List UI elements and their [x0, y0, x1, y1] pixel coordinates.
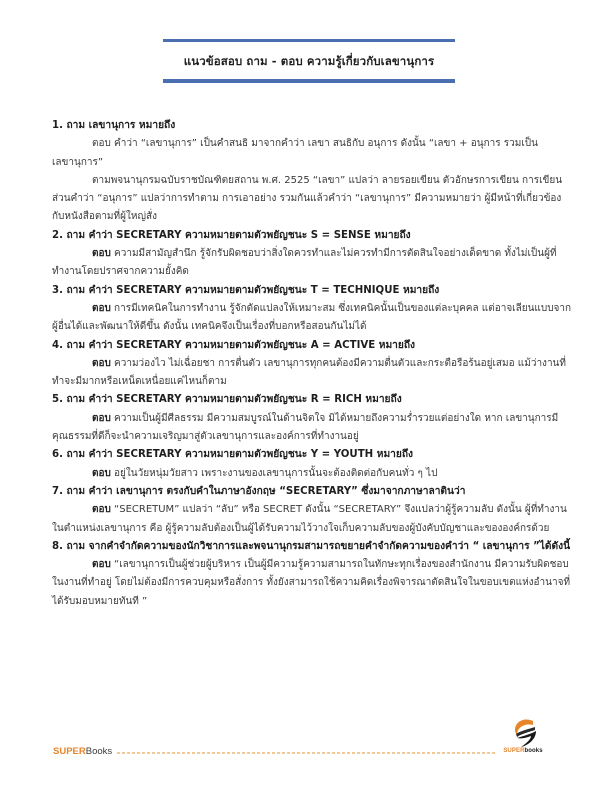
- answer-2: ตอบ ความมีสามัญสำนึก รู้จักรับผิดชอบว่าส…: [52, 245, 572, 282]
- answer-5: ตอบ ความเป็นผู้มีศีลธรรม มีความสมบูรณ์ใน…: [52, 410, 572, 447]
- footer-brand: SUPERBooks: [53, 746, 112, 757]
- logo-wordmark: SUPERbooks: [493, 748, 553, 754]
- title-banner: แนวข้อสอบ ถาม - ตอบ ความรู้เกี่ยวกับเลขา…: [163, 39, 455, 83]
- answer-lead: ตอบ: [92, 559, 111, 570]
- answer-4: ตอบ ความว่องไว ไม่เฉื่อยชา การตื่นตัว เล…: [52, 355, 572, 392]
- question-5: 5. ถาม คำว่า SECRETARY ความหมายตามตัวพยั…: [52, 391, 572, 409]
- superbooks-logo: SUPERbooks: [493, 717, 553, 762]
- question-1: 1. ถาม เลขานุการ หมายถึง: [52, 117, 572, 135]
- answer-lead: ตอบ: [92, 468, 111, 479]
- answer-text: ตามพจนานุกรมฉบับราชบัณฑิตยสถาน พ.ศ. 2525…: [52, 175, 562, 223]
- question-6: 6. ถาม คำว่า SECRETARY ความหมายตามตัวพยั…: [52, 446, 572, 464]
- answer-1b: ตามพจนานุกรมฉบับราชบัณฑิตยสถาน พ.ศ. 2525…: [52, 172, 572, 227]
- logo-books: books: [525, 748, 543, 754]
- question-4: 4. ถาม คำว่า SECRETARY ความหมายตามตัวพยั…: [52, 337, 572, 355]
- question-8: 8. ถาม จากคำจำกัดความของนักวิชาการและพจน…: [52, 538, 572, 556]
- answer-text: ความเป็นผู้มีศีลธรรม มีความสมบูรณ์ในด้าน…: [52, 413, 558, 442]
- page-title: แนวข้อสอบ ถาม - ตอบ ความรู้เกี่ยวกับเลขา…: [163, 53, 455, 71]
- answer-1a: ตอบ คำว่า “เลขานุการ” เป็นคำสนธิ มาจากคำ…: [52, 135, 572, 172]
- answer-lead: ตอบ: [92, 358, 111, 369]
- title-rule-bottom: [163, 79, 455, 83]
- answer-text: ตอบ คำว่า “เลขานุการ” เป็นคำสนธิ มาจากคำ…: [52, 138, 538, 167]
- swirl-logo-icon: [511, 717, 539, 749]
- answer-lead: ตอบ: [92, 303, 111, 314]
- answer-text: ความมีสามัญสำนึก รู้จักรับผิดชอบว่าสิ่งใ…: [52, 248, 557, 277]
- logo-super: SUPER: [503, 748, 524, 754]
- answer-text: อยู่ในวัยหนุ่มวัยสาว เพราะงานของเลขานุกา…: [111, 468, 438, 479]
- answer-8: ตอบ “เลขานุการเป็นผู้ช่วยผู้บริหาร เป็นผ…: [52, 556, 572, 611]
- answer-text: ความว่องไว ไม่เฉื่อยชา การตื่นตัว เลขานุ…: [52, 358, 566, 387]
- answer-text: “SECRETUM” แปลว่า “ลับ” หรือ SECRET ดังน…: [52, 504, 567, 533]
- answer-text: การมีเทคนิคในการทำงาน รู้จักดัดแปลงให้เห…: [52, 303, 571, 332]
- question-3: 3. ถาม คำว่า SECRETARY ความหมายตามตัวพยั…: [52, 282, 572, 300]
- answer-lead: ตอบ: [92, 248, 111, 259]
- answer-lead: ตอบ: [92, 504, 111, 515]
- question-7: 7. ถาม คำว่า เลขานุการ ตรงกับคำในภาษาอัง…: [52, 483, 572, 501]
- answer-7: ตอบ “SECRETUM” แปลว่า “ลับ” หรือ SECRET …: [52, 501, 572, 538]
- qa-content: 1. ถาม เลขานุการ หมายถึง ตอบ คำว่า “เลขา…: [52, 117, 572, 611]
- document-page: แนวข้อสอบ ถาม - ตอบ ความรู้เกี่ยวกับเลขา…: [0, 0, 609, 785]
- answer-6: ตอบ อยู่ในวัยหนุ่มวัยสาว เพราะงานของเลขา…: [52, 465, 572, 483]
- page-footer: SUPERBooks SUPERbooks: [53, 742, 553, 772]
- answer-text: “เลขานุการเป็นผู้ช่วยผู้บริหาร เป็นผู้มี…: [52, 559, 570, 607]
- answer-lead: ตอบ: [92, 413, 111, 424]
- title-rule-top: [163, 39, 455, 42]
- answer-3: ตอบ การมีเทคนิคในการทำงาน รู้จักดัดแปลงใ…: [52, 300, 572, 337]
- footer-dotted-rule: [117, 752, 497, 754]
- brand-super: SUPER: [53, 746, 86, 757]
- question-2: 2. ถาม คำว่า SECRETARY ความหมายตามตัวพยั…: [52, 227, 572, 245]
- brand-books: Books: [86, 746, 112, 757]
